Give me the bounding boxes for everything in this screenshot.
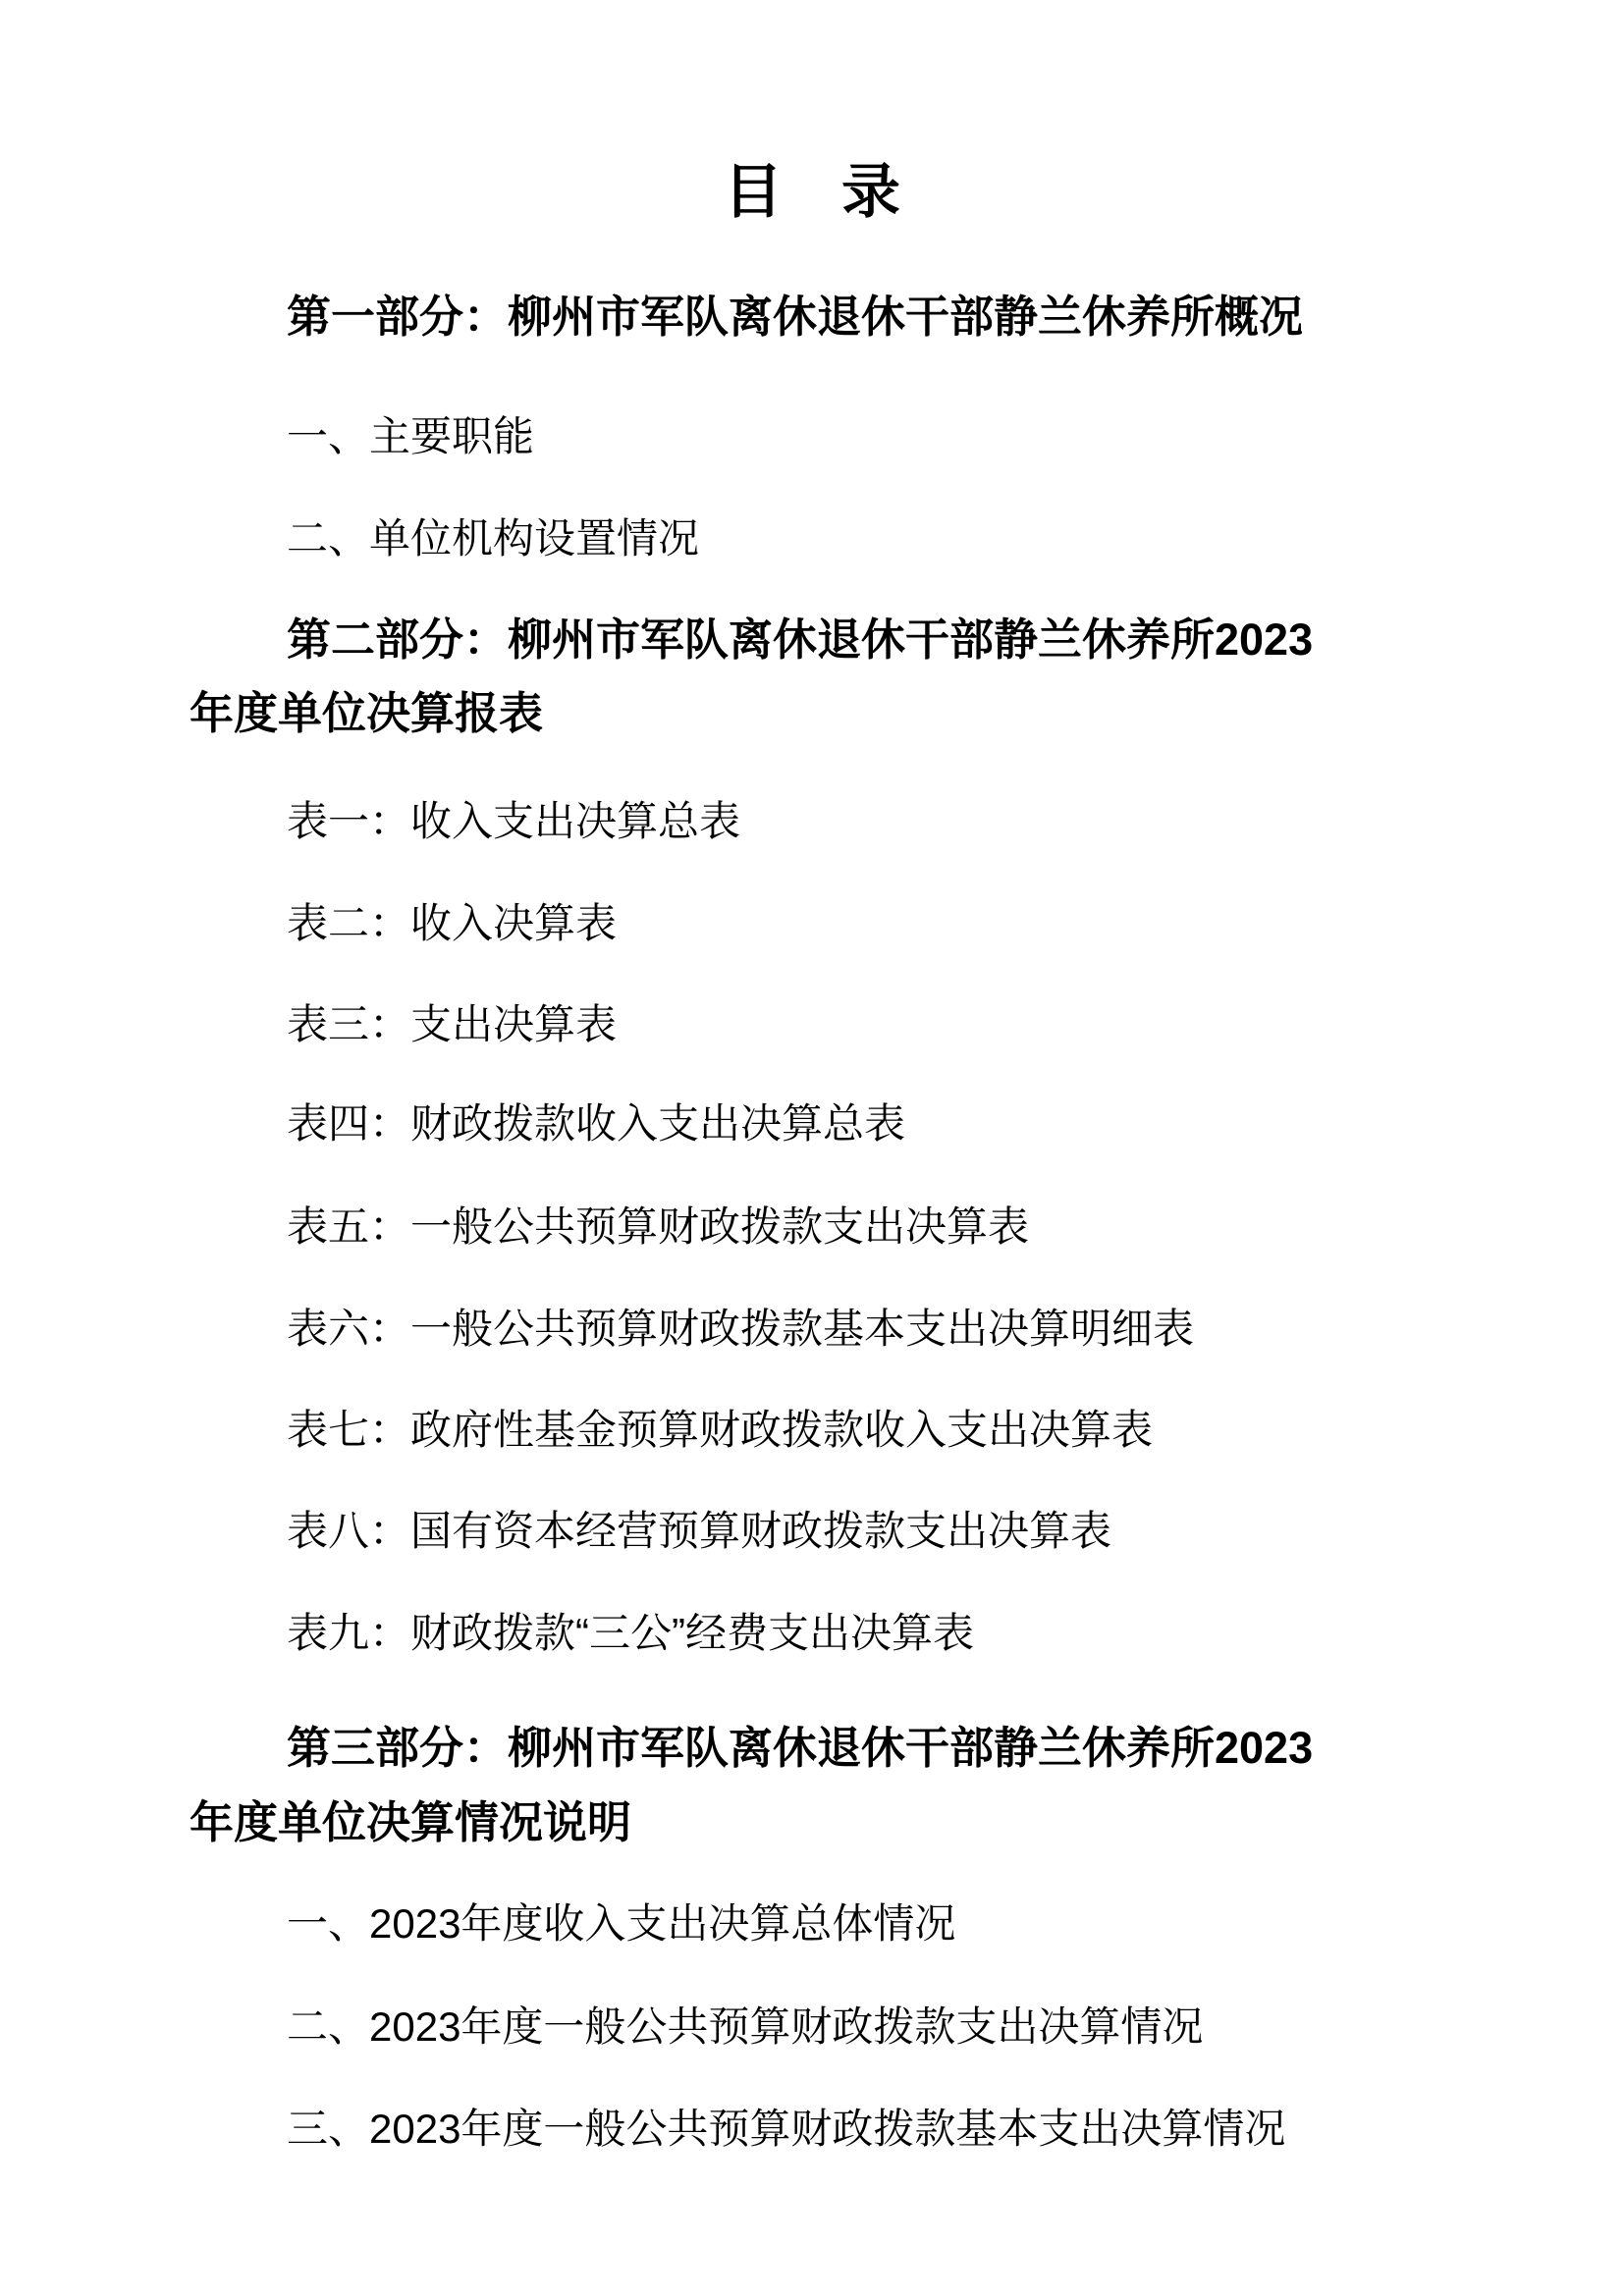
section-1-item-1: 一、主要职能 <box>287 416 534 457</box>
section-1-item-2: 二、单位机构设置情况 <box>287 518 699 560</box>
section-3-item-1: 一、2023年度收入支出决算总体情况 <box>287 1903 955 1945</box>
section-2-item-5: 表五：一般公共预算财政拨款支出决算表 <box>287 1206 1029 1248</box>
page-title: 目 录 <box>0 163 1624 222</box>
section-2-heading-line-2: 年度单位决算报表 <box>189 691 543 735</box>
section-2-item-1: 表一：收入支出决算总表 <box>287 801 740 842</box>
section-2-item-2: 表二：收入决算表 <box>287 903 617 944</box>
section-1-heading: 第一部分：柳州市军队离休退休干部静兰休养所概况 <box>287 294 1303 339</box>
section-2-item-4: 表四：财政拨款收入支出决算总表 <box>287 1103 905 1145</box>
section-2-heading-line-1: 第二部分：柳州市军队离休退休干部静兰休养所2023 <box>287 617 1313 662</box>
section-3-item-3: 三、2023年度一般公共预算财政拨款基本支出决算情况 <box>287 2109 1285 2150</box>
section-2-item-9: 表九：财政拨款“三公”经费支出决算表 <box>287 1613 974 1654</box>
section-2-item-6: 表六：一般公共预算财政拨款基本支出决算明细表 <box>287 1308 1194 1350</box>
section-3-heading-line-1: 第三部分：柳州市军队离休退休干部静兰休养所2023 <box>287 1726 1313 1770</box>
section-2-item-7: 表七：政府性基金预算财政拨款收入支出决算表 <box>287 1410 1153 1451</box>
section-3-item-2: 二、2023年度一般公共预算财政拨款支出决算情况 <box>287 2006 1203 2048</box>
toc-page: 目 录 第一部分：柳州市军队离休退休干部静兰休养所概况 一、主要职能 二、单位机… <box>0 0 1624 2296</box>
section-2-item-8: 表八：国有资本经营预算财政拨款支出决算表 <box>287 1511 1111 1552</box>
section-2-item-3: 表三：支出决算表 <box>287 1004 617 1045</box>
section-3-heading-line-2: 年度单位决算情况说明 <box>189 1800 631 1844</box>
